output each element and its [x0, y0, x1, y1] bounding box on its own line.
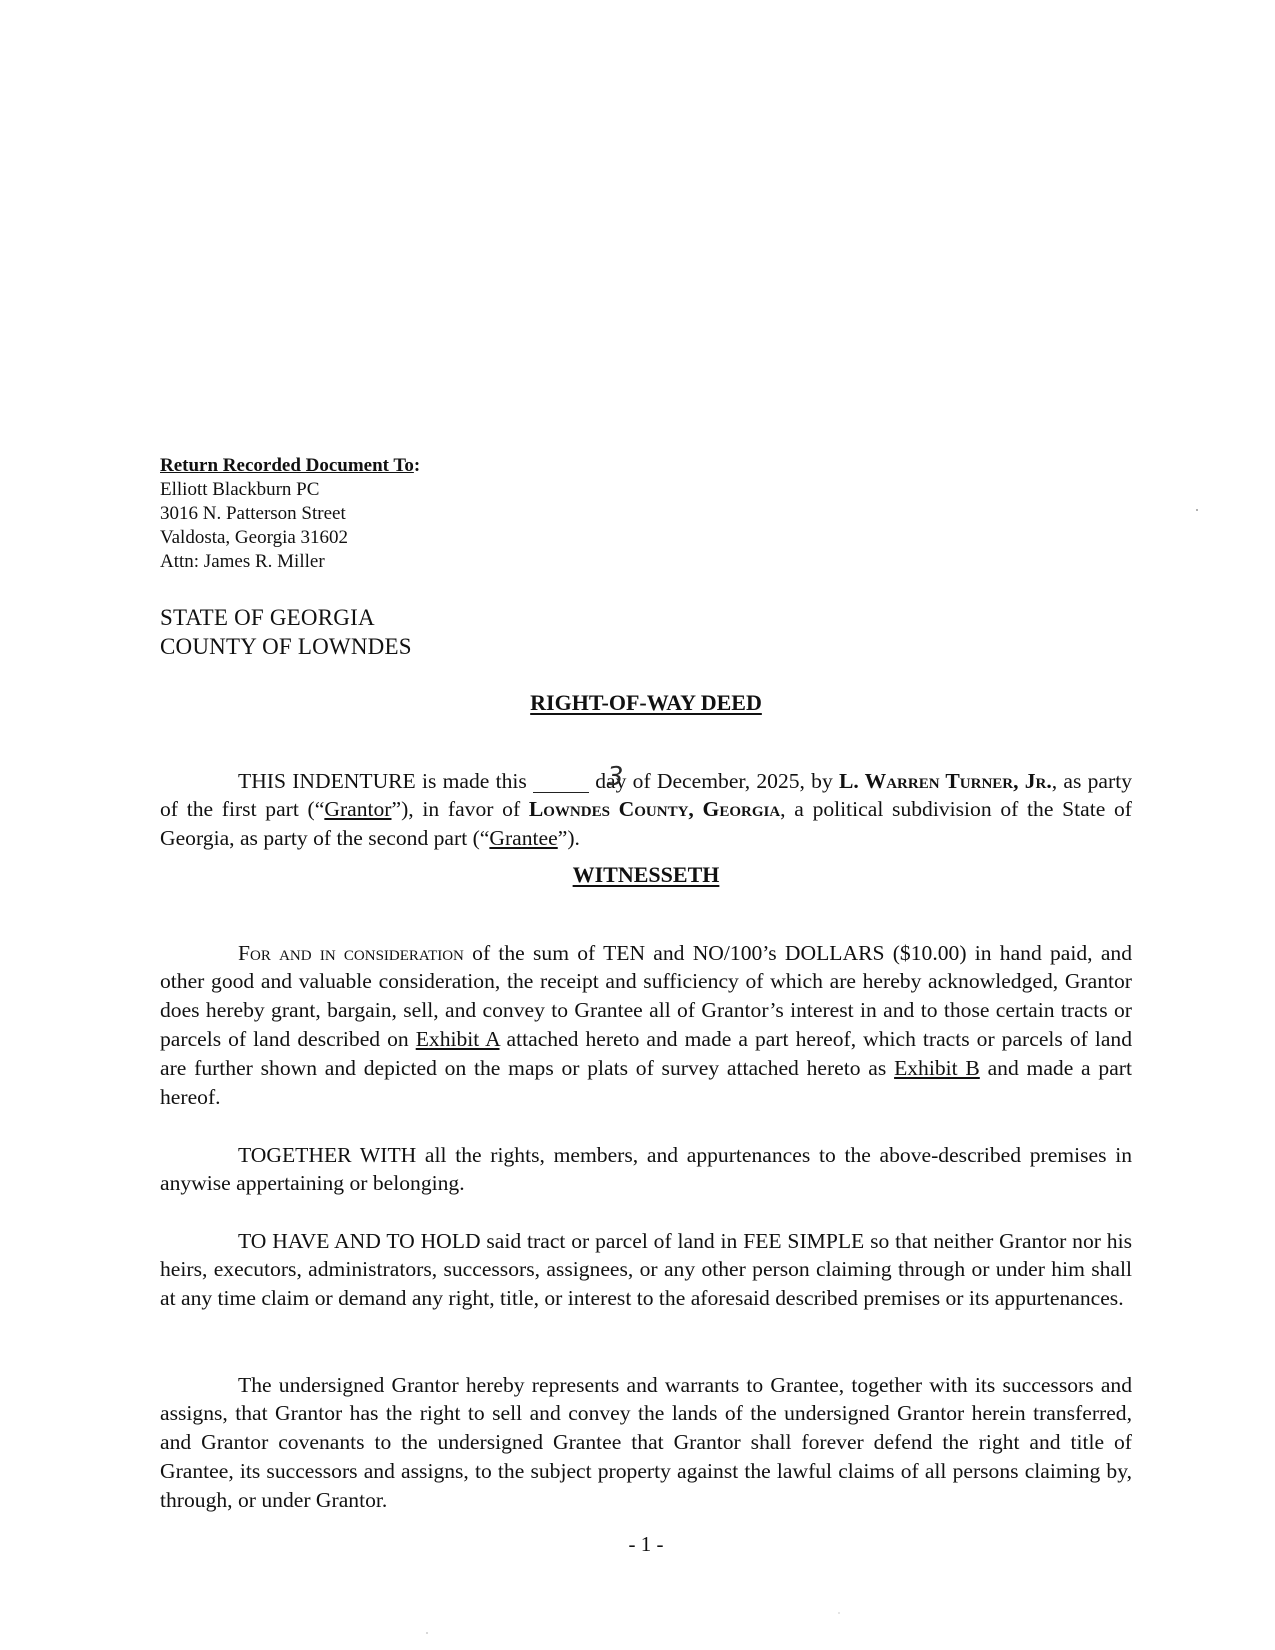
together-with-paragraph: TOGETHER WITH all the rights, members, a… [160, 1141, 1132, 1199]
return-line-city: Valdosta, Georgia 31602 [160, 526, 420, 550]
warranty-paragraph: The undersigned Grantor hereby represent… [160, 1371, 1132, 1515]
document-title: RIGHT-OF-WAY DEED [160, 690, 1132, 716]
grantor-defined-term: Grantor [324, 797, 391, 821]
jurisdiction-county: COUNTY OF LOWNDES [160, 632, 412, 661]
jurisdiction-block: STATE OF GEORGIA COUNTY OF LOWNDES [160, 603, 412, 661]
scan-speck [1196, 509, 1198, 511]
exhibit-a-reference: Exhibit A [416, 1027, 500, 1051]
indenture-lead: THIS INDENTURE is made this [238, 769, 533, 793]
exhibit-b-reference: Exhibit B [894, 1056, 980, 1080]
return-label-text: Return Recorded Document To [160, 455, 414, 476]
consideration-paragraph: For and in consideration of the sum of T… [160, 939, 1132, 1112]
indenture-paragraph: THIS INDENTURE is made this 3 day of Dec… [160, 767, 1132, 853]
indenture-mid2: ”), in favor of [392, 797, 529, 821]
page-number: - 1 - [160, 1532, 1132, 1557]
habendum-paragraph: TO HAVE AND TO HOLD said tract or parcel… [160, 1227, 1132, 1313]
jurisdiction-state: STATE OF GEORGIA [160, 603, 412, 632]
grantor-name: L. Warren Turner, Jr. [839, 769, 1052, 793]
grantee-name: Lowndes County, Georgia [529, 797, 780, 821]
return-line-firm: Elliott Blackburn PC [160, 478, 420, 502]
consideration-lead: For and in consideration [238, 941, 464, 965]
witnesseth-heading: WITNESSETH [160, 862, 1132, 888]
scan-speck [838, 1612, 840, 1614]
return-line-attn: Attn: James R. Miller [160, 550, 420, 574]
handwritten-day: 3 [607, 762, 624, 792]
return-line-street: 3016 N. Patterson Street [160, 502, 420, 526]
day-blank-field: 3 [533, 769, 589, 793]
return-address-block: Return Recorded Document To: Elliott Bla… [160, 454, 420, 574]
document-page: Return Recorded Document To: Elliott Bla… [0, 0, 1275, 1650]
indenture-end: ”). [558, 826, 580, 850]
grantee-defined-term: Grantee [489, 826, 557, 850]
return-label: Return Recorded Document To: [160, 454, 420, 478]
return-label-colon: : [414, 455, 420, 476]
scan-speck [426, 1632, 428, 1634]
